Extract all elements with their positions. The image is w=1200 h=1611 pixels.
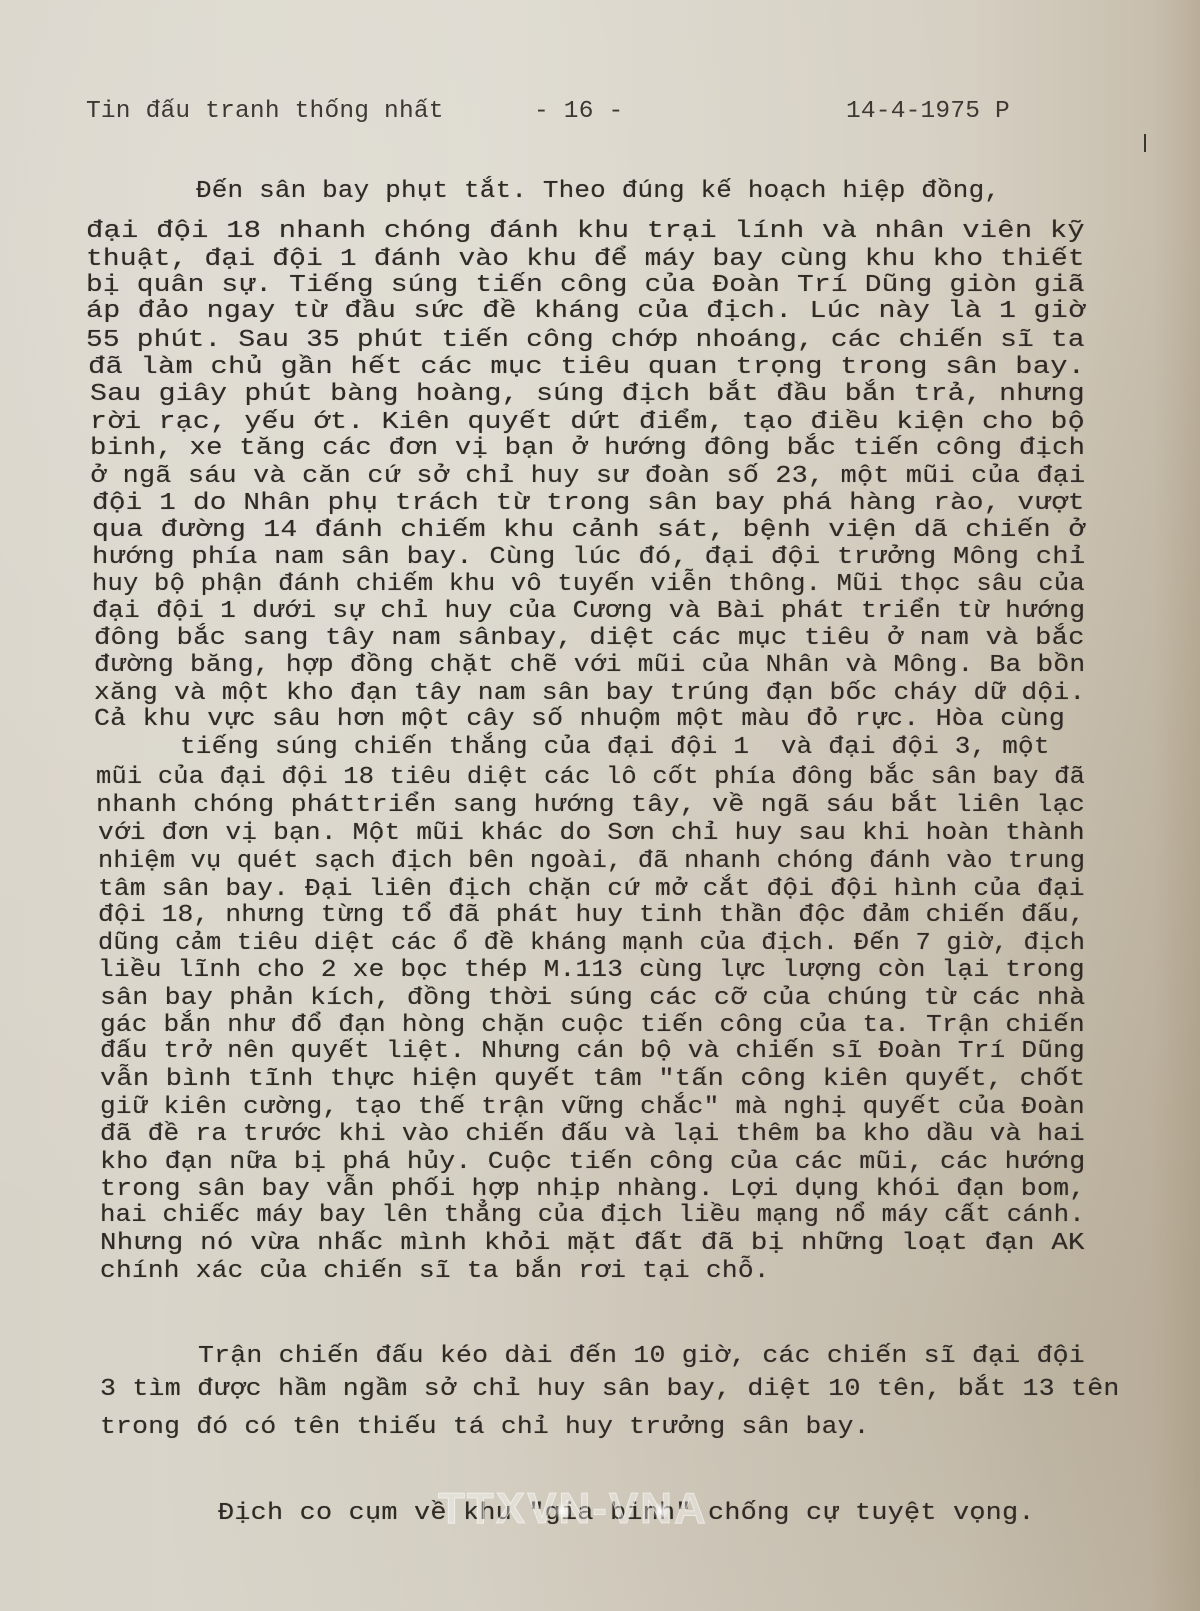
text-line: binh, xe tăng các đơn vị bạn ở hướng đôn…: [90, 435, 1085, 462]
text-line: nhiệm vụ quét sạch địch bên ngoài, đã nh…: [98, 848, 1085, 875]
text-line: huy bộ phận đánh chiếm khu vô tuyến viễn…: [92, 571, 1085, 598]
text-line: dũng cảm tiêu diệt các ổ đề kháng mạnh c…: [98, 930, 1085, 957]
typewritten-page: Tin đấu tranh thống nhất - 16 - 14-4-197…: [0, 0, 1200, 1611]
watermark: TTXVN-VNA: [438, 1488, 768, 1530]
publication-title: Tin đấu tranh thống nhất: [86, 98, 444, 125]
text-line: tiếng súng chiến thắng của đại đội 1 và …: [180, 734, 1050, 761]
page-number: - 16 -: [534, 98, 623, 125]
text-line: 55 phút. Sau 35 phút tiến công chớp nhoá…: [86, 327, 1085, 354]
text-line: Sau giây phút bàng hoàng, súng địch bắt …: [90, 381, 1085, 408]
margin-mark: [1144, 134, 1146, 152]
text-line: tâm sân bay. Đại liên địch chặn cứ mở cắ…: [98, 876, 1085, 903]
text-line: đội 18, nhưng từng tổ đã phát huy tinh t…: [98, 902, 1085, 929]
page-header: Tin đấu tranh thống nhất - 16 - 14-4-197…: [86, 98, 1116, 132]
text-line: đường băng, hợp đồng chặt chẽ với mũi củ…: [94, 652, 1085, 679]
light-glare: [652, 1502, 670, 1520]
light-glare: [553, 1502, 571, 1520]
text-line: liều lĩnh cho 2 xe bọc thép M.113 cùng l…: [98, 957, 1085, 984]
text-line: xăng và một kho đạn tây nam sân bay trún…: [94, 680, 1085, 707]
text-line: chính xác của chiến sĩ ta bắn rơi tại ch…: [100, 1258, 770, 1285]
text-line: hướng phía nam sân bay. Cùng lúc đó, đại…: [92, 544, 1085, 571]
text-line: trong sân bay vẫn phối hợp nhịp nhàng. L…: [100, 1176, 1085, 1203]
text-line: đấu trở nên quyết liệt. Nhưng cán bộ và …: [100, 1038, 1085, 1065]
text-line: đội 1 do Nhân phụ trách từ trong sân bay…: [92, 490, 1085, 517]
text-line: thuật, đại đội 1 đánh vào khu để máy bay…: [86, 246, 1085, 273]
text-line: bị quân sự. Tiếng súng tiến công của Đoà…: [86, 272, 1085, 299]
text-line: gác bắn như đổ đạn hòng chặn cuộc tiến c…: [100, 1012, 1085, 1039]
text-line: mũi của đại đội 18 tiêu diệt các lô cốt …: [96, 764, 1085, 791]
document-date: 14-4-1975 P: [846, 98, 1010, 125]
text-line: vẫn bình tĩnh thực hiện quyết tâm "tấn c…: [100, 1066, 1085, 1093]
text-line: kho đạn nữa bị phá hủy. Cuộc tiến công c…: [100, 1149, 1085, 1176]
text-line: 3 tìm được hầm ngầm sở chỉ huy sân bay, …: [100, 1376, 1120, 1403]
text-line: đại đội 18 nhanh chóng đánh khu trại lín…: [86, 218, 1085, 245]
text-line: trong đó có tên thiếu tá chỉ huy trưởng …: [100, 1414, 870, 1441]
text-line: đông bắc sang tây nam sânbay, diệt các m…: [94, 625, 1085, 652]
text-line: với đơn vị bạn. Một mũi khác do Sơn chỉ …: [98, 820, 1085, 847]
text-line: Nhưng nó vừa nhấc mình khỏi mặt đất đã b…: [100, 1230, 1085, 1257]
text-line: áp đảo ngay từ đầu sức đề kháng của địch…: [86, 298, 1085, 325]
text-line: rời rạc, yếu ớt. Kiên quyết dứt điểm, tạ…: [90, 409, 1085, 436]
text-line: Cả khu vực sâu hơn một cây số nhuộm một …: [94, 706, 1065, 733]
text-line: hai chiếc máy bay lên thẳng của địch liề…: [100, 1202, 1085, 1229]
text-line: đại đội 1 dưới sự chỉ huy của Cương và B…: [92, 598, 1085, 625]
text-line: qua đường 14 đánh chiếm khu cảnh sát, bệ…: [92, 517, 1085, 544]
text-line: giữ kiên cường, tạo thế trận vững chắc" …: [100, 1094, 1085, 1121]
text-line: đã đề ra trước khi vào chiến đấu và lại …: [100, 1121, 1085, 1148]
text-line: Trận chiến đấu kéo dài đến 10 giờ, các c…: [198, 1343, 1085, 1370]
text-line: nhanh chóng pháttriển sang hướng tây, về…: [96, 792, 1085, 819]
text-line: sân bay phản kích, đồng thời súng các cỡ…: [100, 985, 1085, 1012]
text-line: ở ngã sáu và căn cứ sở chỉ huy sư đoàn s…: [90, 463, 1085, 490]
text-line: Đến sân bay phụt tắt. Theo đúng kế hoạch…: [196, 178, 1000, 205]
text-line: đã làm chủ gần hết các mục tiêu quan trọ…: [88, 354, 1085, 381]
